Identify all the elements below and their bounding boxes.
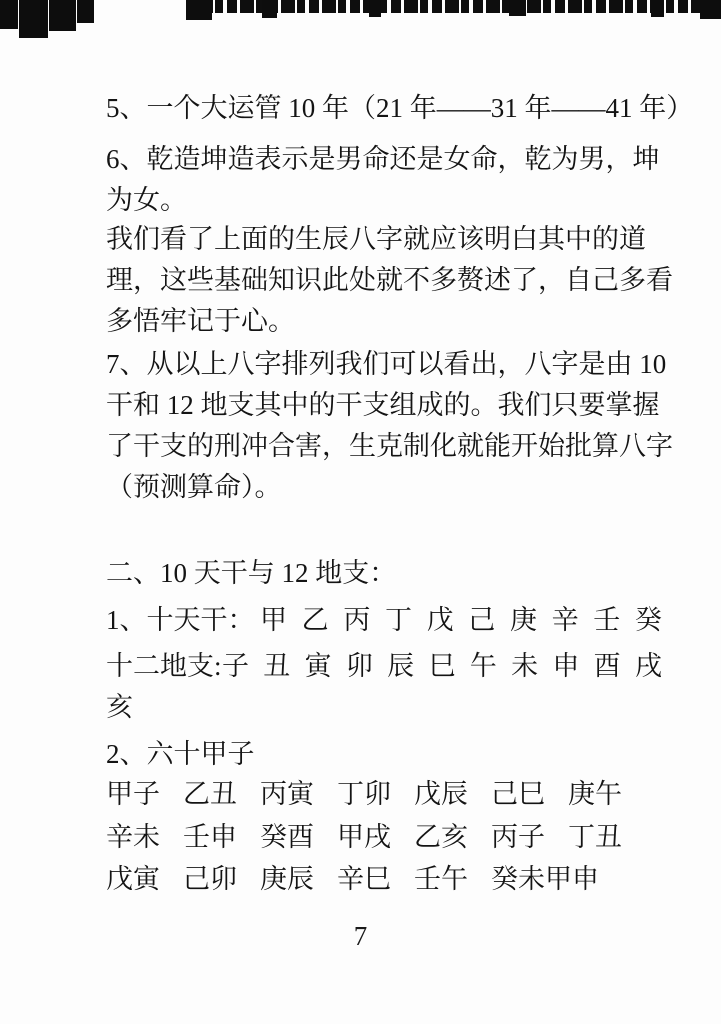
scan-mark [369, 0, 381, 17]
jiazi-cell: 庚午 [568, 774, 622, 815]
scan-mark [509, 0, 526, 16]
item-7-paragraph: 7、从以上八字排列我们可以看出，八字是由 10 干和 12 地支其中的干支组成的… [106, 344, 662, 508]
section-2-heading: 二、10 天干与 12 地支： [106, 553, 662, 594]
branch-char: 巳 [428, 646, 455, 687]
stem-char: 辛 [552, 600, 579, 641]
branches-list: 子 丑 寅 卯 辰 巳 午 未 申 酉 戌 [222, 646, 662, 687]
scan-mark [19, 0, 48, 38]
jiazi-cell: 辛巳 [337, 859, 391, 900]
branch-char: 戌 [635, 646, 662, 687]
text-line: 理，这些基础知识此处就不多赘述了，自己多看 [106, 260, 662, 301]
branches-row: 十二地支: 子 丑 寅 卯 辰 巳 午 未 申 酉 戌 [106, 646, 662, 687]
scan-mark [0, 0, 18, 29]
page-number: 7 [0, 921, 721, 952]
jiazi-cell: 丁卯 [337, 774, 391, 815]
jiazi-cell: 丁丑 [568, 817, 622, 858]
branch-char: 未 [511, 646, 538, 687]
scan-mark [262, 0, 277, 18]
jiazi-cell: 庚辰 [260, 859, 314, 900]
text-line: 干和 12 地支其中的干支组成的。我们只要掌握 [106, 385, 662, 426]
jiazi-row: 辛未 壬申 癸酉 甲戌 乙亥 丙子 丁丑 [106, 817, 662, 858]
jiazi-cell: 戊辰 [414, 774, 468, 815]
item-5-line: 5、一个大运管 10 年（21 年——31 年——41 年） [106, 88, 662, 129]
branches-wrap-line: 亥 [106, 687, 662, 728]
branch-char: 寅 [305, 646, 332, 687]
stem-char: 丙 [343, 600, 370, 641]
jiazi-cell: 甲子 [106, 774, 160, 815]
text-line: 7、从以上八字排列我们可以看出，八字是由 10 [106, 344, 662, 385]
text-line: 了干支的刑冲合害，生克制化就能开始批算八字 [106, 426, 662, 467]
scan-mark [186, 0, 212, 20]
scan-mark [49, 0, 76, 31]
branch-char: 丑 [263, 646, 290, 687]
jiazi-cell: 乙丑 [183, 774, 237, 815]
stem-char: 癸 [635, 600, 662, 641]
stem-char: 庚 [510, 600, 537, 641]
jiazi-cell: 癸酉 [260, 817, 314, 858]
jiazi-cell: 丙子 [491, 817, 545, 858]
jiazi-cell: 壬申 [183, 817, 237, 858]
review-paragraph: 我们看了上面的生辰八字就应该明白其中的道 理，这些基础知识此处就不多赘述了，自己… [106, 219, 662, 342]
stems-label: 1、十天干： [106, 600, 255, 641]
jiazi-cell: 丙寅 [260, 774, 314, 815]
jiazi-cell: 己卯 [183, 859, 237, 900]
branch-char: 酉 [594, 646, 621, 687]
stems-list: 甲 乙 丙 丁 戊 己 庚 辛 壬 癸 [260, 600, 662, 641]
scan-mark [77, 0, 94, 23]
text-line: 我们看了上面的生辰八字就应该明白其中的道 [106, 219, 662, 260]
scanned-book-page: 5、一个大运管 10 年（21 年——31 年——41 年） 6、乾造坤造表示是… [0, 0, 721, 1024]
jiazi-cell: 辛未 [106, 817, 160, 858]
branch-char: 卯 [346, 646, 373, 687]
jiazi-cell: 戊寅 [106, 859, 160, 900]
earthly-branches-block: 十二地支: 子 丑 寅 卯 辰 巳 午 未 申 酉 戌 亥 [106, 646, 662, 728]
text-line: （预测算命）。 [106, 467, 662, 508]
heavenly-stems-row: 1、十天干： 甲 乙 丙 丁 戊 己 庚 辛 壬 癸 [106, 600, 662, 641]
jiazi-heading: 2、六十甲子 [106, 734, 662, 775]
jiazi-cell: 壬午 [414, 859, 468, 900]
jiazi-cell: 甲戌 [337, 817, 391, 858]
stem-char: 丁 [385, 600, 412, 641]
stem-char: 己 [468, 600, 495, 641]
jiazi-cell: 乙亥 [414, 817, 468, 858]
text-line: 多悟牢记于心。 [106, 301, 662, 342]
stem-char: 戊 [427, 600, 454, 641]
branch-char: 辰 [387, 646, 414, 687]
branch-char: 午 [470, 646, 497, 687]
jiazi-row: 甲子 乙丑 丙寅 丁卯 戊辰 己巳 庚午 [106, 774, 662, 815]
branch-char: 子 [222, 646, 249, 687]
scan-mark [651, 0, 664, 17]
stem-char: 壬 [593, 600, 620, 641]
text-line: 6、乾造坤造表示是男命还是女命，乾为男，坤 [106, 139, 662, 180]
stem-char: 甲 [260, 600, 287, 641]
jiazi-cell: 己巳 [491, 774, 545, 815]
branches-label: 十二地支: [106, 646, 222, 687]
jiazi-row: 戊寅 己卯 庚辰 辛巳 壬午 癸未甲申 [106, 859, 662, 900]
jiazi-cell: 癸未甲申 [491, 859, 599, 900]
stem-char: 乙 [302, 600, 329, 641]
text-line: 为女。 [106, 180, 662, 221]
branch-char: 申 [552, 646, 579, 687]
scan-mark [700, 0, 721, 19]
item-6-paragraph: 6、乾造坤造表示是男命还是女命，乾为男，坤 为女。 [106, 139, 662, 221]
